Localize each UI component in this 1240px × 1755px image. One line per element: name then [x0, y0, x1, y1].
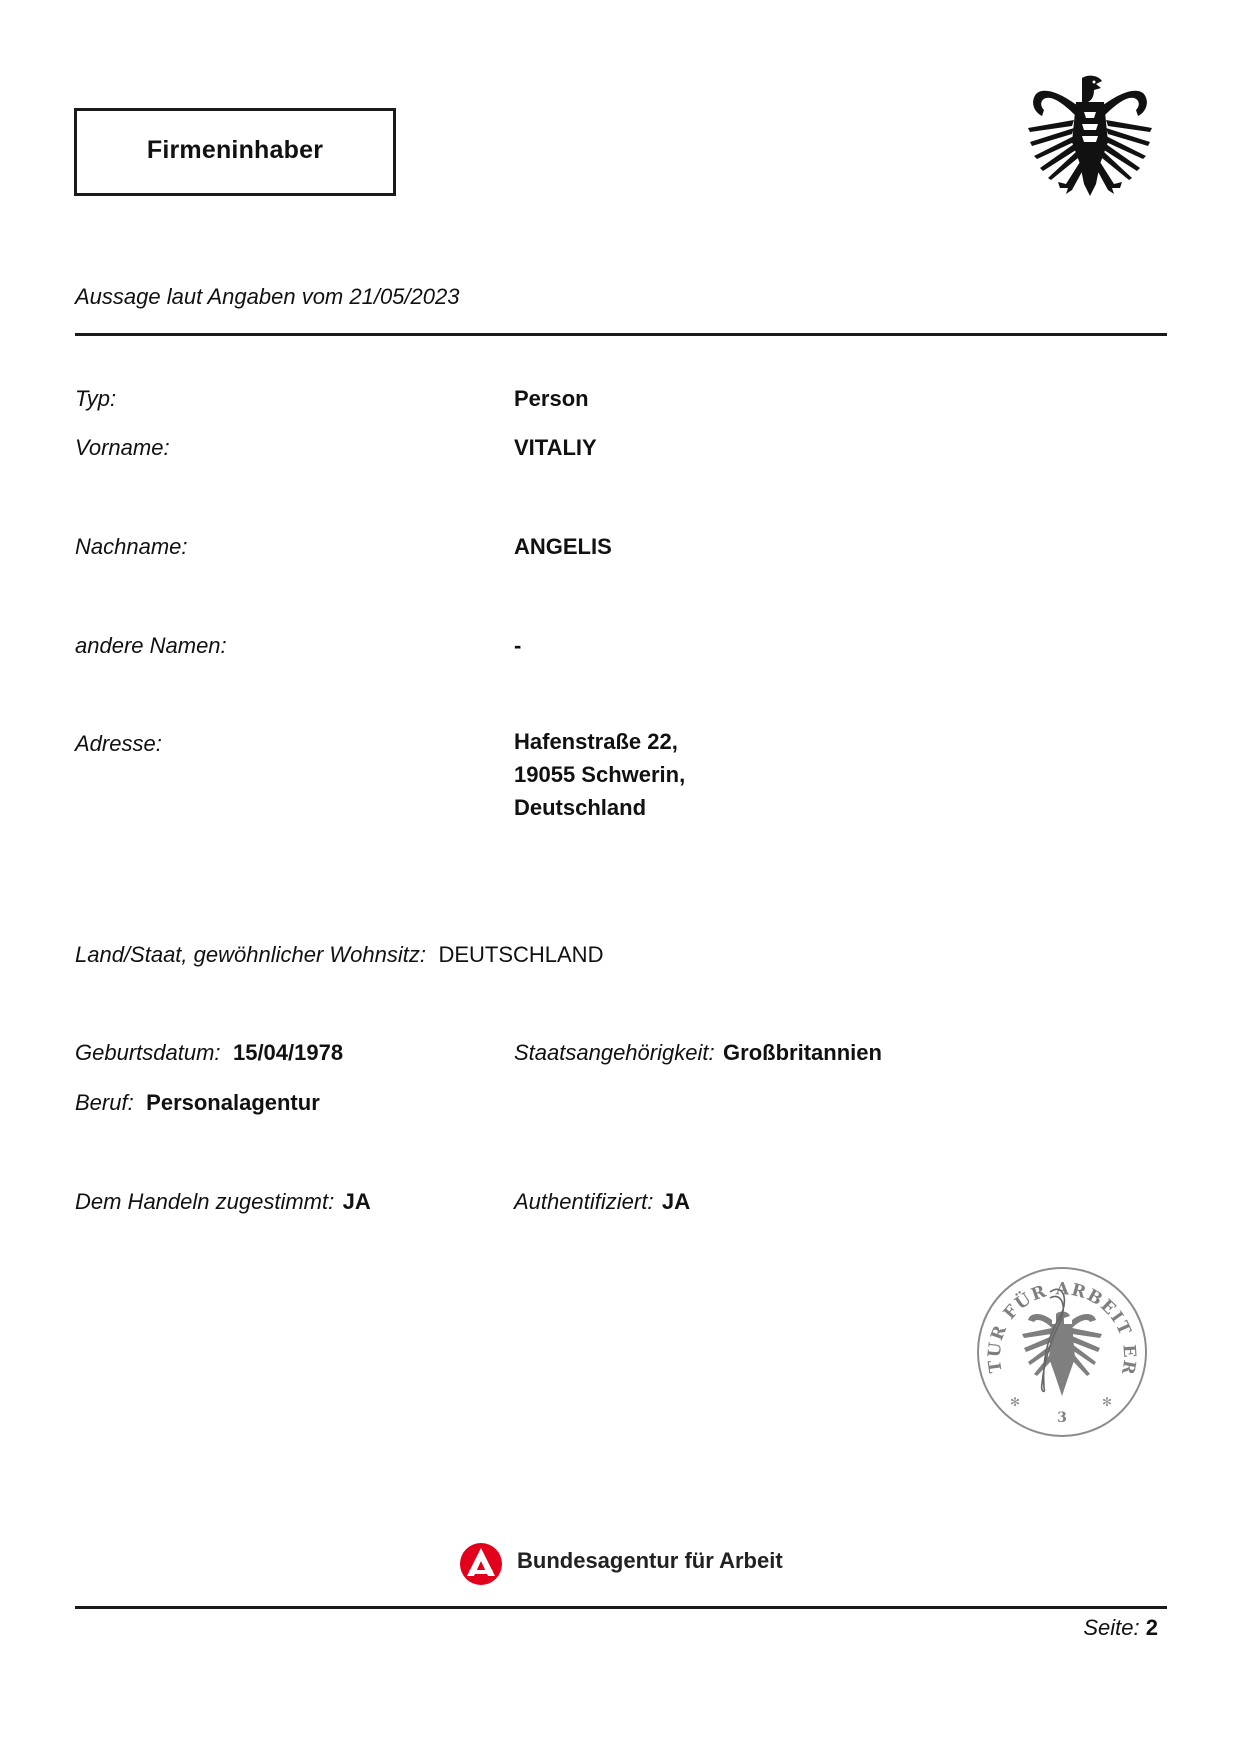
geburtsdatum-value: 15/04/1978	[233, 1040, 343, 1065]
bundesagentur-logo-icon	[459, 1542, 503, 1586]
adresse-line-city: 19055 Schwerin,	[514, 758, 685, 791]
nachname-value: ANGELIS	[514, 534, 612, 560]
beruf-label: Beruf:	[75, 1090, 134, 1115]
wohnsitz-row: Land/Staat, gewöhnlicher Wohnsitz: DEUTS…	[75, 942, 603, 968]
organization-name: Bundesagentur für Arbeit	[517, 1548, 783, 1574]
page-number: Seite: 2	[1083, 1615, 1158, 1641]
official-seal-icon: AGENTUR FÜR ARBEIT ERFURT ✻ ✻ 3	[972, 1262, 1152, 1442]
beruf-value: Personalagentur	[146, 1090, 320, 1115]
page-label: Seite:	[1083, 1615, 1139, 1640]
typ-value: Person	[514, 386, 589, 412]
vorname-label: Vorname:	[75, 435, 170, 461]
adresse-line-country: Deutschland	[514, 791, 685, 824]
header-divider	[75, 333, 1167, 336]
vorname-value: VITALIY	[514, 435, 597, 461]
wohnsitz-label: Land/Staat, gewöhnlicher Wohnsitz:	[75, 942, 426, 967]
staatsangehoerigkeit-value: Großbritannien	[723, 1040, 882, 1065]
seal-number: 3	[1057, 1410, 1067, 1426]
staatsangehoerigkeit-label: Staatsangehörigkeit:	[514, 1040, 715, 1065]
staatsangehoerigkeit-row: Staatsangehörigkeit: Großbritannien	[514, 1040, 882, 1066]
footer-divider	[75, 1606, 1167, 1609]
andere-namen-label: andere Namen:	[75, 633, 227, 659]
document-title: Firmeninhaber	[147, 136, 323, 165]
geburtsdatum-label: Geburtsdatum:	[75, 1040, 221, 1065]
authentifiziert-value: JA	[662, 1189, 690, 1214]
adresse-value: Hafenstraße 22, 19055 Schwerin, Deutschl…	[514, 725, 685, 824]
svg-text:✻: ✻	[1010, 1395, 1020, 1409]
page-number-value: 2	[1146, 1615, 1158, 1640]
zugestimmt-label: Dem Handeln zugestimmt:	[75, 1189, 334, 1214]
statement-date: Aussage laut Angaben vom 21/05/2023	[75, 284, 459, 310]
beruf-row: Beruf: Personalagentur	[75, 1090, 320, 1116]
typ-label: Typ:	[75, 386, 116, 412]
wohnsitz-value: DEUTSCHLAND	[438, 942, 603, 967]
zugestimmt-row: Dem Handeln zugestimmt: JA	[75, 1189, 371, 1215]
nachname-label: Nachname:	[75, 534, 188, 560]
authentifiziert-row: Authentifiziert: JA	[514, 1189, 690, 1215]
authentifiziert-label: Authentifiziert:	[514, 1189, 653, 1214]
zugestimmt-value: JA	[343, 1189, 371, 1214]
andere-namen-value: -	[514, 633, 521, 659]
adresse-line-street: Hafenstraße 22,	[514, 725, 685, 758]
federal-eagle-icon	[1022, 72, 1158, 204]
adresse-label: Adresse:	[75, 731, 162, 757]
document-title-box: Firmeninhaber	[74, 108, 396, 196]
svg-text:✻: ✻	[1102, 1395, 1112, 1409]
geburtsdatum-row: Geburtsdatum: 15/04/1978	[75, 1040, 343, 1066]
